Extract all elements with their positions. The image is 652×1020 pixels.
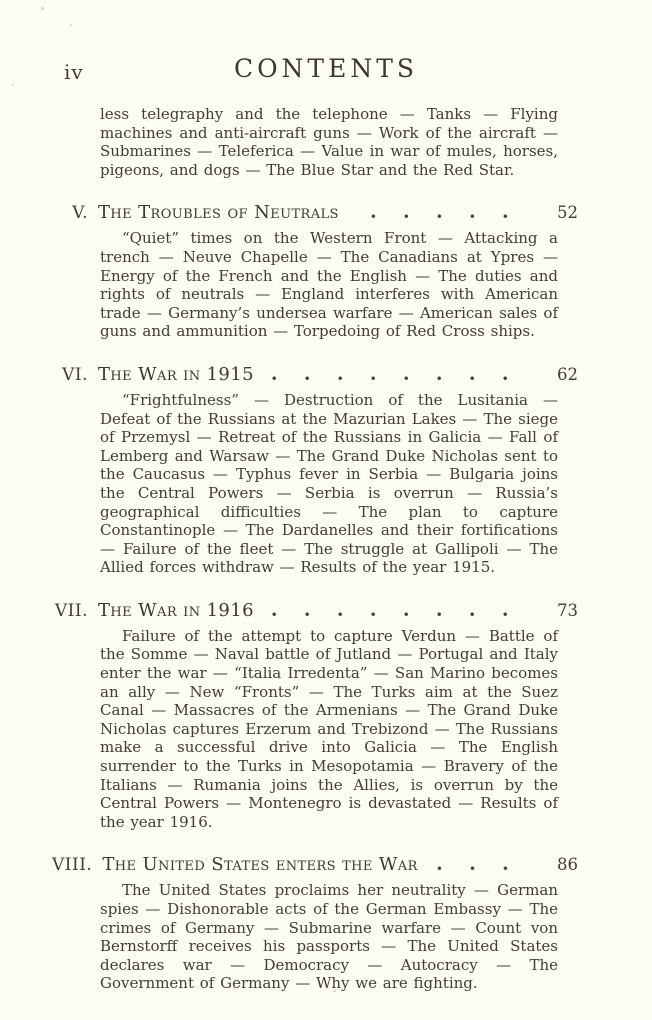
- toc-entry-heading: VIII. The United States enters the War 8…: [52, 854, 578, 875]
- dot-leader: [270, 376, 536, 381]
- toc-entry-heading: VII. The War in 1916 73: [52, 600, 578, 621]
- page-header: iv CONTENTS: [0, 54, 652, 88]
- scan-speck: [233, 986, 235, 989]
- book-page: iv CONTENTS less telegraphy and the tele…: [0, 0, 652, 1020]
- dot-leader: [434, 866, 536, 871]
- scan-speck: [41, 7, 44, 10]
- chapter-summary-continuation: less telegraphy and the telephone — Tank…: [100, 105, 558, 179]
- chapter-page-number: 86: [548, 855, 578, 874]
- chapter-summary: “Quiet” times on the Western Front — Att…: [100, 229, 558, 341]
- chapter-numeral: V.: [52, 203, 88, 223]
- dot-leader: [355, 214, 536, 219]
- toc-entry-heading: VI. The War in 1915 62: [52, 364, 578, 385]
- dot-leader: [270, 612, 536, 617]
- contents-heading: CONTENTS: [0, 54, 652, 83]
- toc-entry: VII. The War in 1916 73 Failure of the a…: [0, 600, 652, 832]
- chapter-summary: The United States proclaims her neutrali…: [100, 881, 558, 993]
- chapter-page-number: 62: [548, 365, 578, 384]
- chapter-numeral: VII.: [52, 601, 88, 621]
- scan-speck: [333, 990, 336, 992]
- chapter-summary: “Frightfulness” — Destruction of the Lus…: [100, 391, 558, 577]
- chapter-title: The War in 1915: [98, 364, 254, 385]
- toc-entry: V. The Troubles of Neutrals 52 “Quiet” t…: [0, 202, 652, 341]
- page-folio: iv: [64, 60, 84, 84]
- chapter-title: The Troubles of Neutrals: [98, 202, 339, 223]
- chapter-numeral: VI.: [52, 365, 88, 385]
- chapter-title: The United States enters the War: [102, 854, 417, 875]
- toc-entry: VI. The War in 1915 62 “Frightfulness” —…: [0, 364, 652, 577]
- toc-entry-heading: V. The Troubles of Neutrals 52: [52, 202, 578, 223]
- toc-entry: VIII. The United States enters the War 8…: [0, 854, 652, 993]
- chapter-title: The War in 1916: [98, 600, 254, 621]
- chapter-numeral: VIII.: [52, 855, 92, 875]
- scan-speck: [70, 24, 72, 26]
- chapter-page-number: 52: [548, 203, 578, 222]
- chapter-summary: Failure of the attempt to capture Verdun…: [100, 627, 558, 832]
- chapter-page-number: 73: [548, 601, 578, 620]
